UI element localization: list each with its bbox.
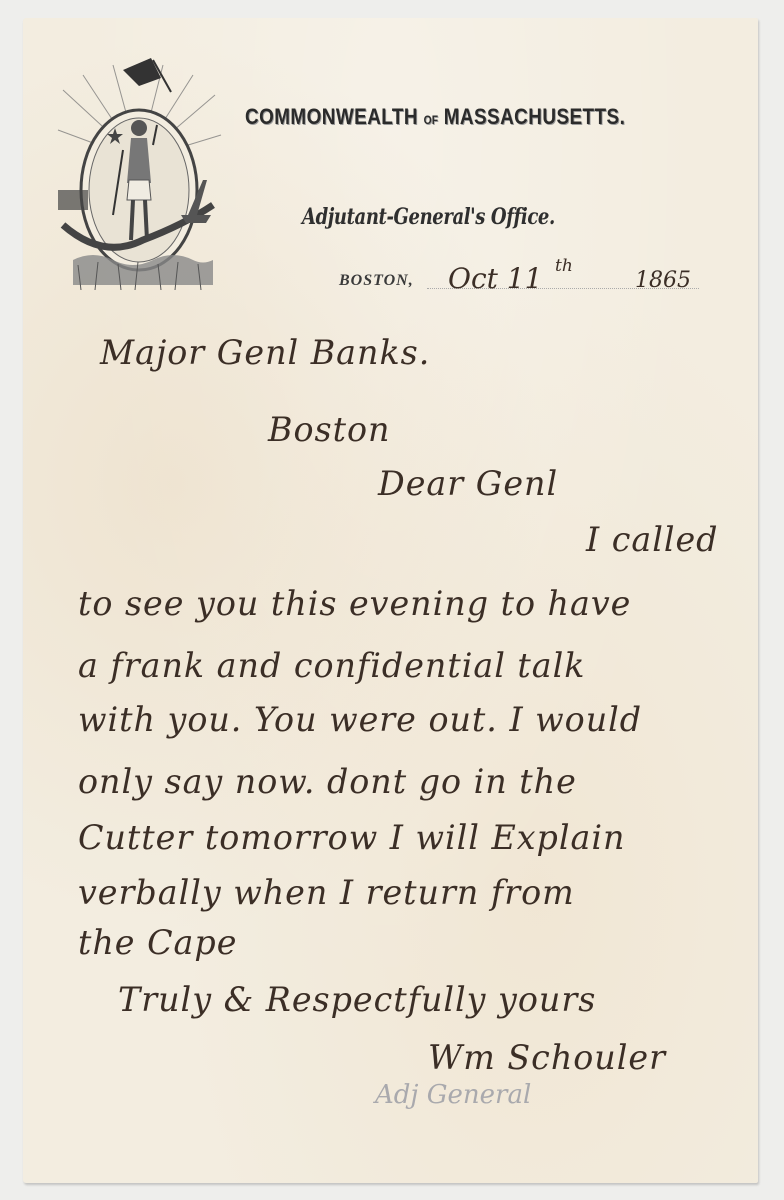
body-line: the Cape <box>78 923 237 963</box>
body-line: with you. You were out. I would <box>78 700 642 740</box>
dateline-city: BOSTON, <box>339 272 414 290</box>
body-line: Cutter tomorrow I will Explain <box>78 818 625 858</box>
body-line: I called <box>586 520 718 560</box>
handwritten-year: 1865 <box>635 268 691 293</box>
body-line: verbally when I return from <box>78 873 575 913</box>
pencil-annotation: Adj General <box>375 1080 531 1110</box>
title-massachusetts: MASSACHUSETTS. <box>444 104 626 129</box>
addressee-location: Boston <box>268 410 390 450</box>
signature: Wm Schouler <box>428 1038 666 1078</box>
body-line: a frank and confidential talk <box>78 646 585 686</box>
office-heading: Adjutant-General's Office. <box>302 204 555 230</box>
greeting: Dear Genl <box>378 464 558 504</box>
addressee: Major Genl Banks. <box>100 333 430 373</box>
letter-sheet: COMMONWEALTH OF MASSACHUSETTS. Adjutant-… <box>23 18 758 1183</box>
handwritten-date-suffix: th <box>555 256 573 276</box>
title-of: OF <box>424 113 438 127</box>
title-commonwealth: COMMONWEALTH <box>245 104 418 129</box>
body-line: only say now. dont go in the <box>78 762 577 802</box>
handwritten-date: Oct 11 <box>448 262 542 295</box>
letterhead-title: COMMONWEALTH OF MASSACHUSETTS. <box>245 104 625 130</box>
valediction: Truly & Respectfully yours <box>118 980 596 1020</box>
body-line: to see you this evening to have <box>78 584 631 624</box>
state-seal-icon <box>53 50 225 295</box>
